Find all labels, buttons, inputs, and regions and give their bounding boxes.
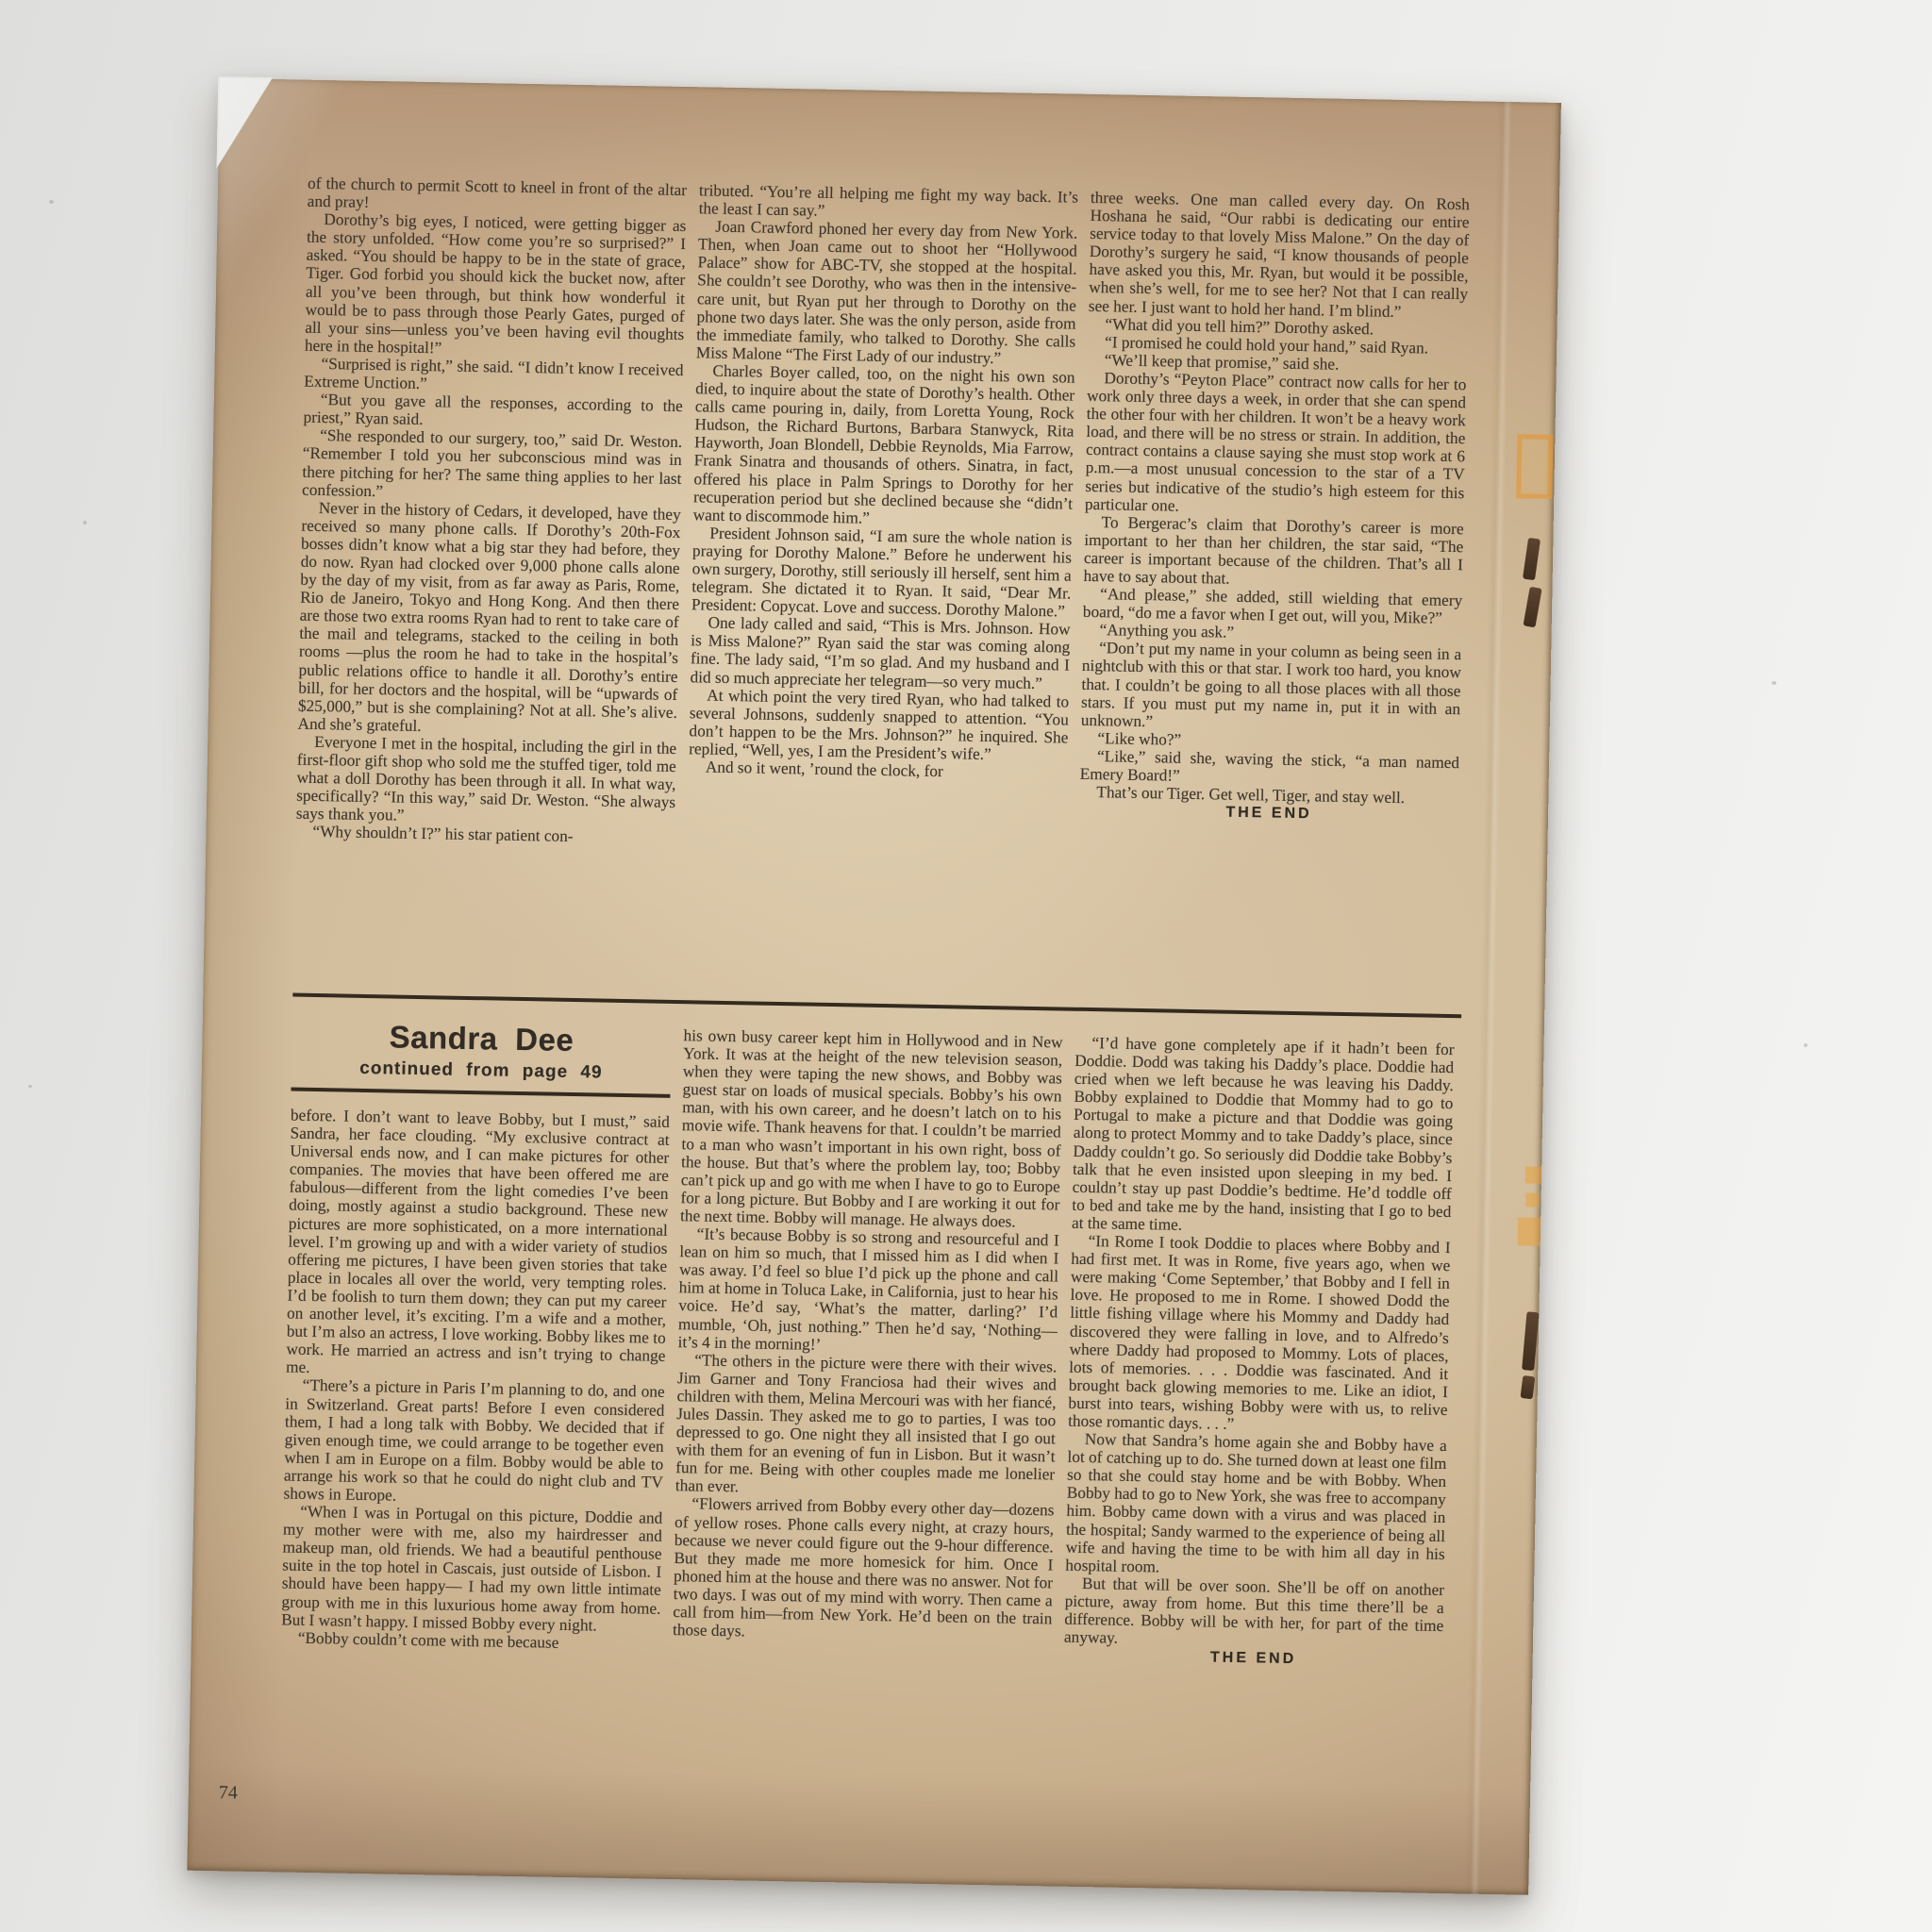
paragraph: Now that Sandra’s home again she and Bob… [1065, 1430, 1447, 1581]
magazine-page: of the church to permit Scott to kneel i… [187, 78, 1561, 1895]
article-headline: Sandra Dee continued from page 49 [291, 1020, 672, 1085]
article-column: “I’d have gone completely ape if it hadn… [1063, 1034, 1454, 1672]
article-column: tributed. “You’re all helping me fight m… [684, 181, 1078, 1007]
paragraph: “When I was in Portugal on this picture,… [281, 1503, 662, 1636]
paragraph: “It’s because Bobby is so strong and res… [677, 1224, 1058, 1357]
article-column: of the church to permit Scott to kneel i… [292, 175, 687, 1000]
paragraph: At which point the very tired Ryan, who … [689, 686, 1069, 765]
paragraph: President Johnson said, “I am sure the w… [691, 524, 1073, 621]
article-subtitle: continued from page 49 [291, 1058, 671, 1085]
page-number: 74 [219, 1782, 238, 1804]
paragraph: before. I don’t want to leave Bobby, but… [286, 1107, 670, 1384]
paragraph: “In Rome I took Doddie to places where B… [1068, 1232, 1451, 1437]
backdrop-speck [1804, 1043, 1807, 1047]
paragraph: Dorothy’s “Peyton Place” contract now ca… [1085, 369, 1467, 520]
paragraph: three weeks. One man called every day. O… [1089, 189, 1470, 322]
headline-rule [291, 1088, 670, 1098]
paragraph: Everyone I met in the hospital, includin… [296, 733, 677, 830]
paragraph: “Don’t put my name in your column as bei… [1081, 639, 1462, 736]
backdrop-speck [83, 521, 87, 525]
paragraph: Never in the history of Cedars, it devel… [297, 498, 680, 740]
article-column: his own busy career kept him in Hollywoo… [673, 1026, 1063, 1664]
backdrop-speck [28, 1085, 32, 1088]
article-title: Sandra Dee [291, 1020, 672, 1058]
article-sandra-dee: Sandra Dee continued from page 49 before… [281, 1020, 1461, 1672]
paragraph: “She responded to our surgery, too,” sai… [302, 426, 682, 506]
backdrop-speck [1772, 681, 1776, 685]
paragraph: “Flowers arrived from Bobby every other … [673, 1495, 1055, 1646]
paragraph: Dorothy’s big eyes, I noticed, were gett… [305, 210, 687, 361]
article-column: Sandra Dee continued from page 49 before… [281, 1020, 672, 1657]
paragraph: “There’s a picture in Paris I’m planning… [283, 1376, 664, 1509]
paragraph: One lady called and said, “This is Mrs. … [690, 613, 1070, 692]
article-column: three weeks. One man called every day. O… [1075, 189, 1470, 1014]
backdrop-speck [49, 200, 54, 204]
paragraph: To Bergerac’s claim that Dorothy’s caree… [1083, 513, 1463, 592]
paragraph: “The others in the picture were there wi… [675, 1351, 1058, 1502]
paragraph: But that will be over soon. She’ll be of… [1064, 1574, 1444, 1653]
paragraph: his own busy career kept him in Hollywoo… [680, 1026, 1063, 1231]
page-content: of the church to permit Scott to kneel i… [187, 78, 1561, 1895]
paragraph: Charles Boyer called, too, on the night … [693, 361, 1075, 530]
paragraph: Joan Crawford phoned her every day from … [696, 217, 1078, 368]
paragraph: “I’d have gone completely ape if it hadn… [1072, 1034, 1455, 1239]
article-dorothy-malone: of the church to permit Scott to kneel i… [292, 175, 1476, 1015]
